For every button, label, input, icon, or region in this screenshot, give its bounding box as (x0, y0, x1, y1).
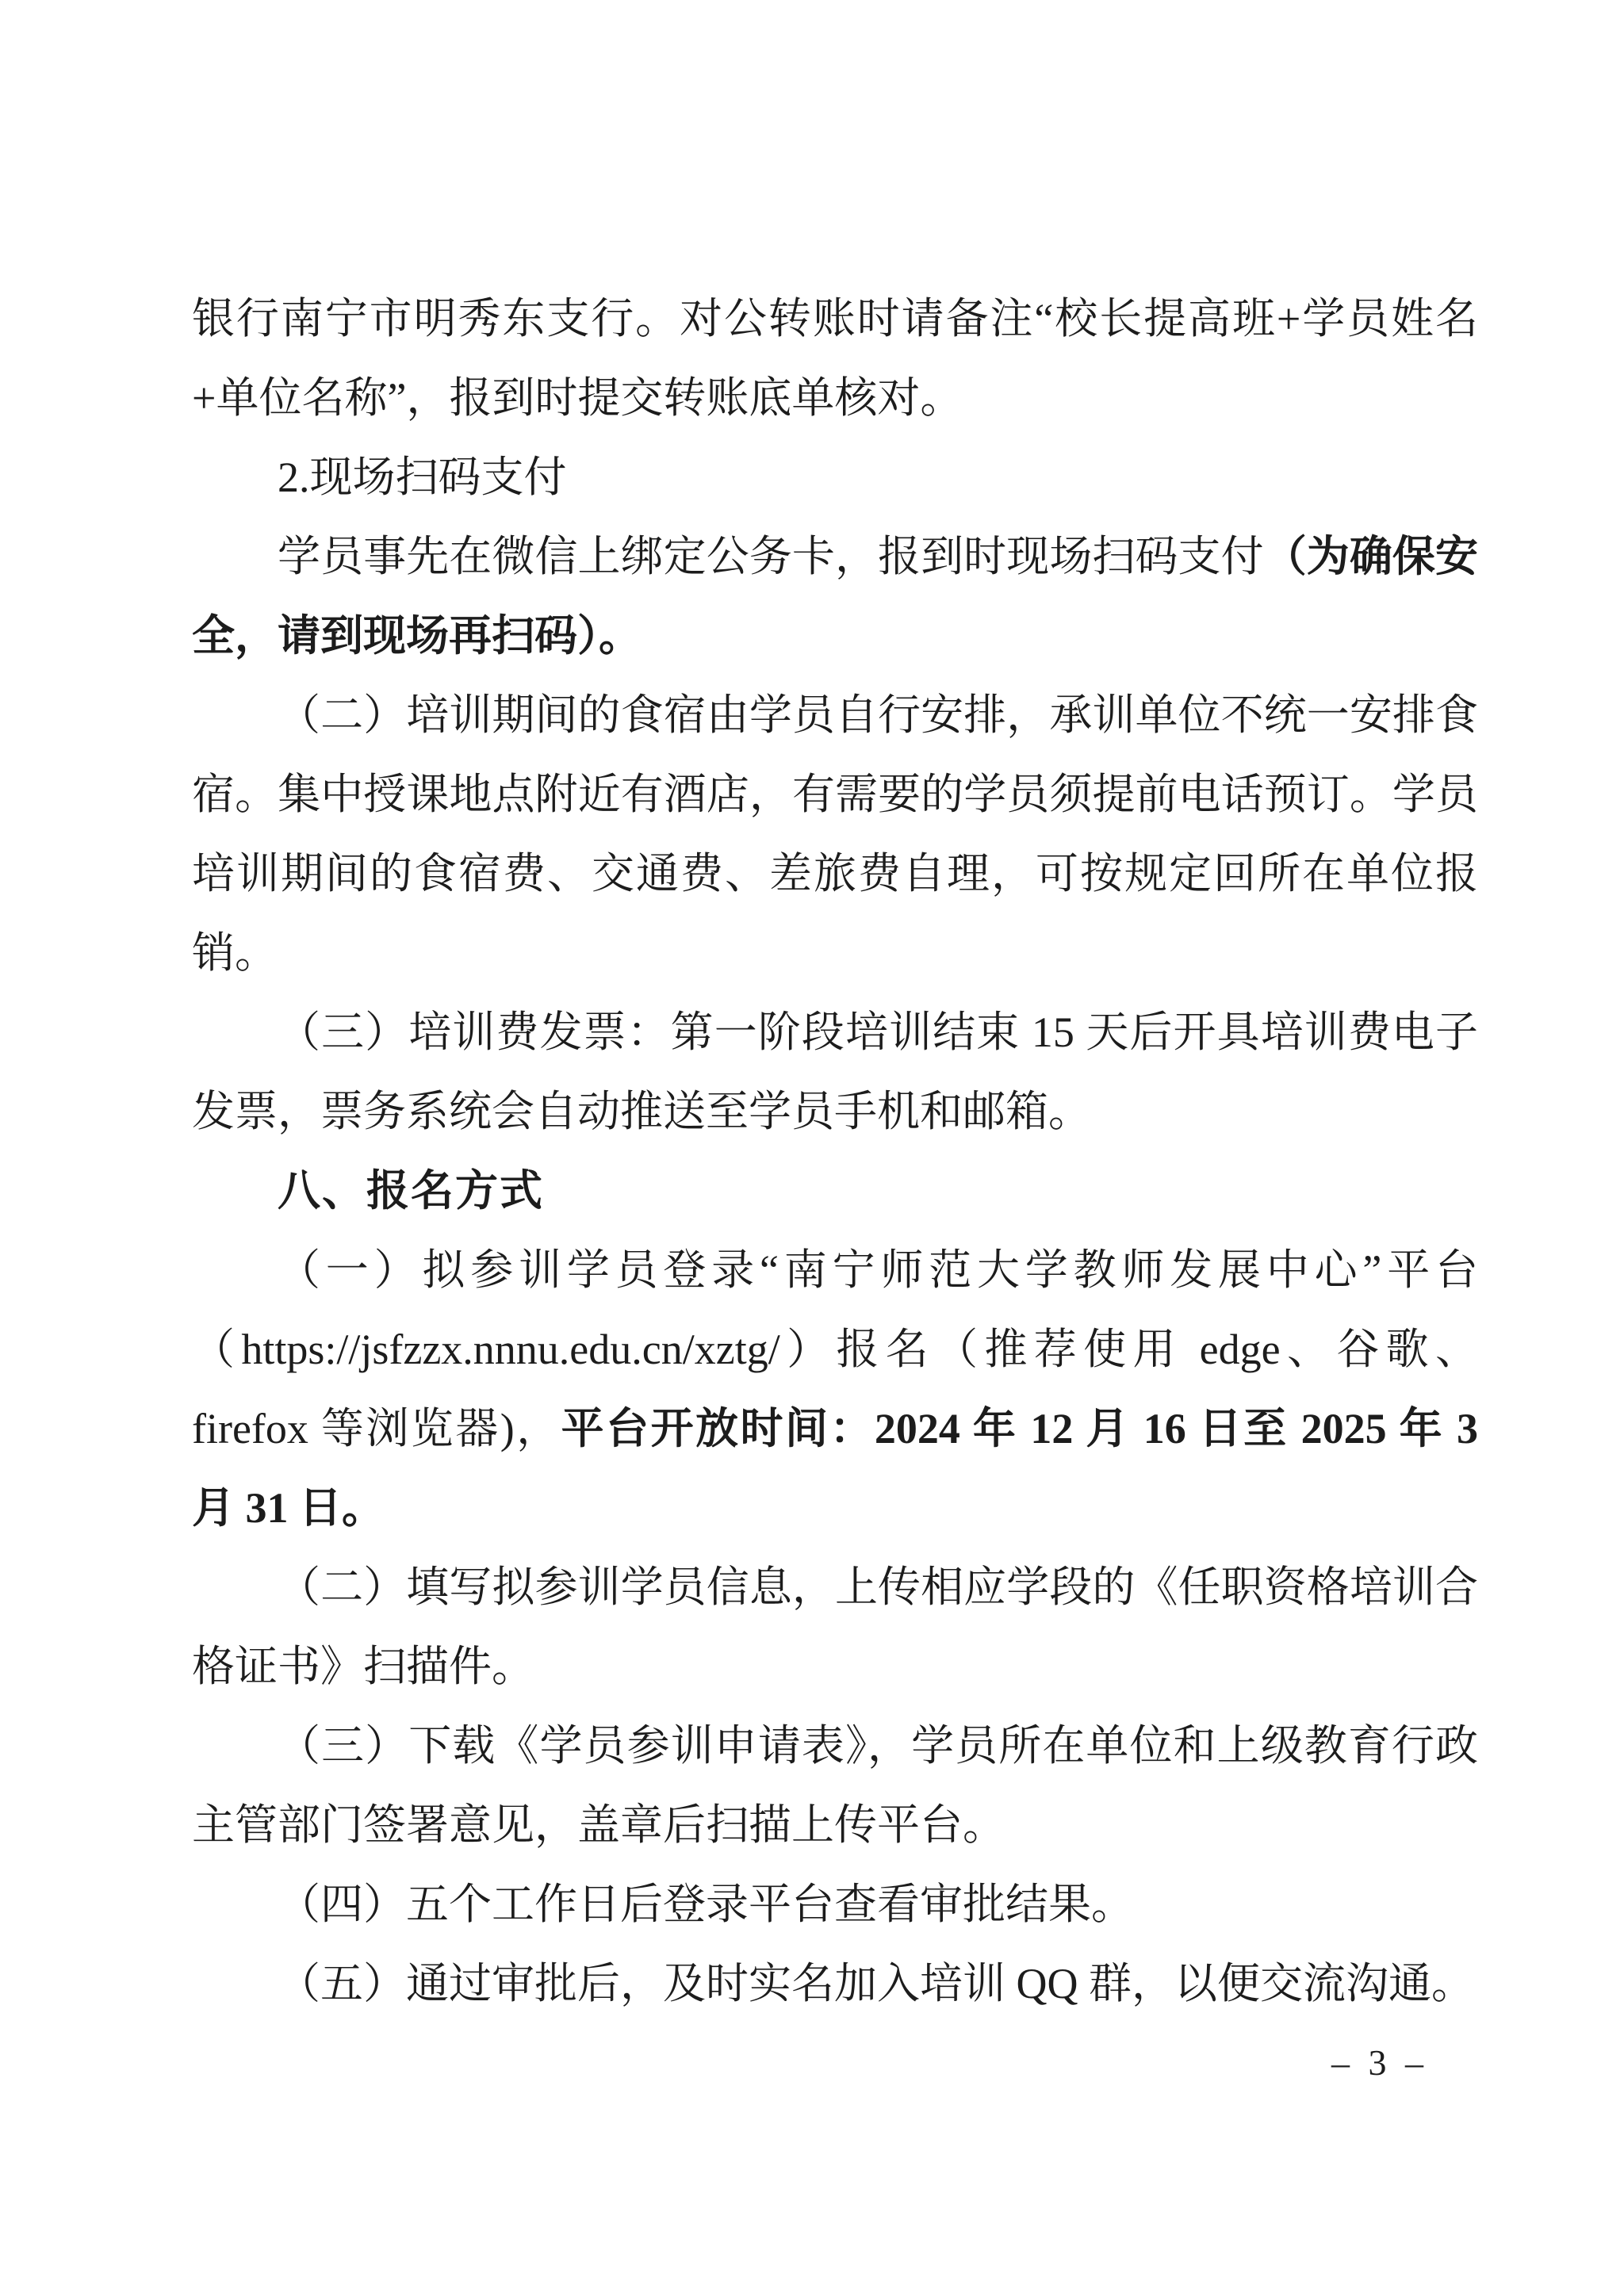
document-body: 银行南宁市明秀东支行。对公转账时请备注“校长提高班+学员姓名+单位名称”，报到时… (192, 279, 1478, 2023)
paragraph: （一）拟参训学员登录“南宁师范大学教师发展中心”平台（https://jsfzz… (192, 1230, 1478, 1548)
text-run: 2.现场扫码支付 (278, 453, 567, 501)
paragraph: （二）填写拟参训学员信息，上传相应学段的《任职资格培训合格证书》扫描件。 (192, 1548, 1478, 1706)
paragraph: （三）培训费发票：第一阶段培训结束 15 天后开具培训费电子发票，票务系统会自动… (192, 993, 1478, 1151)
text-run: （五）通过审批后，及时实名加入培训 QQ 群，以便交流沟通。 (278, 1960, 1474, 2007)
paragraph: （四）五个工作日后登录平台查看审批结果。 (192, 1865, 1478, 1944)
text-run: （四）五个工作日后登录平台查看审批结果。 (278, 1881, 1134, 1928)
paragraph: 银行南宁市明秀东支行。对公转账时请备注“校长提高班+学员姓名+单位名称”，报到时… (192, 279, 1478, 438)
paragraph: （二）培训期间的食宿由学员自行安排，承训单位不统一安排食宿。集中授课地点附近有酒… (192, 675, 1478, 993)
text-run: （三）培训费发票：第一阶段培训结束 15 天后开具培训费电子发票，票务系统会自动… (192, 1008, 1478, 1135)
paragraph: （三）下载《学员参训申请表》，学员所在单位和上级教育行政主管部门签署意见，盖章后… (192, 1706, 1478, 1865)
paragraph: 2.现场扫码支付 (192, 438, 1478, 517)
text-run: （二）培训期间的食宿由学员自行安排，承训单位不统一安排食宿。集中授课地点附近有酒… (192, 691, 1478, 977)
text-run: （三）下载《学员参训申请表》，学员所在单位和上级教育行政主管部门签署意见，盖章后… (192, 1722, 1478, 1849)
page-number: – 3 – (1293, 2039, 1467, 2087)
section-heading: 八、报名方式 (192, 1151, 1478, 1230)
text-run: （二）填写拟参训学员信息，上传相应学段的《任职资格培训合格证书》扫描件。 (192, 1563, 1478, 1690)
paragraph: 学员事先在微信上绑定公务卡，报到时现场扫码支付（为确保安全，请到现场再扫码）。 (192, 517, 1478, 675)
paragraph: （五）通过审批后，及时实名加入培训 QQ 群，以便交流沟通。 (192, 1944, 1478, 2023)
document-page: 银行南宁市明秀东支行。对公转账时请备注“校长提高班+学员姓名+单位名称”，报到时… (0, 0, 1624, 2296)
text-run: 银行南宁市明秀东支行。对公转账时请备注“校长提高班+学员姓名+单位名称”，报到时… (192, 295, 1478, 422)
text-run: 学员事先在微信上绑定公务卡，报到时现场扫码支付 (278, 533, 1264, 580)
emphasized-text: 八、报名方式 (278, 1167, 544, 1215)
